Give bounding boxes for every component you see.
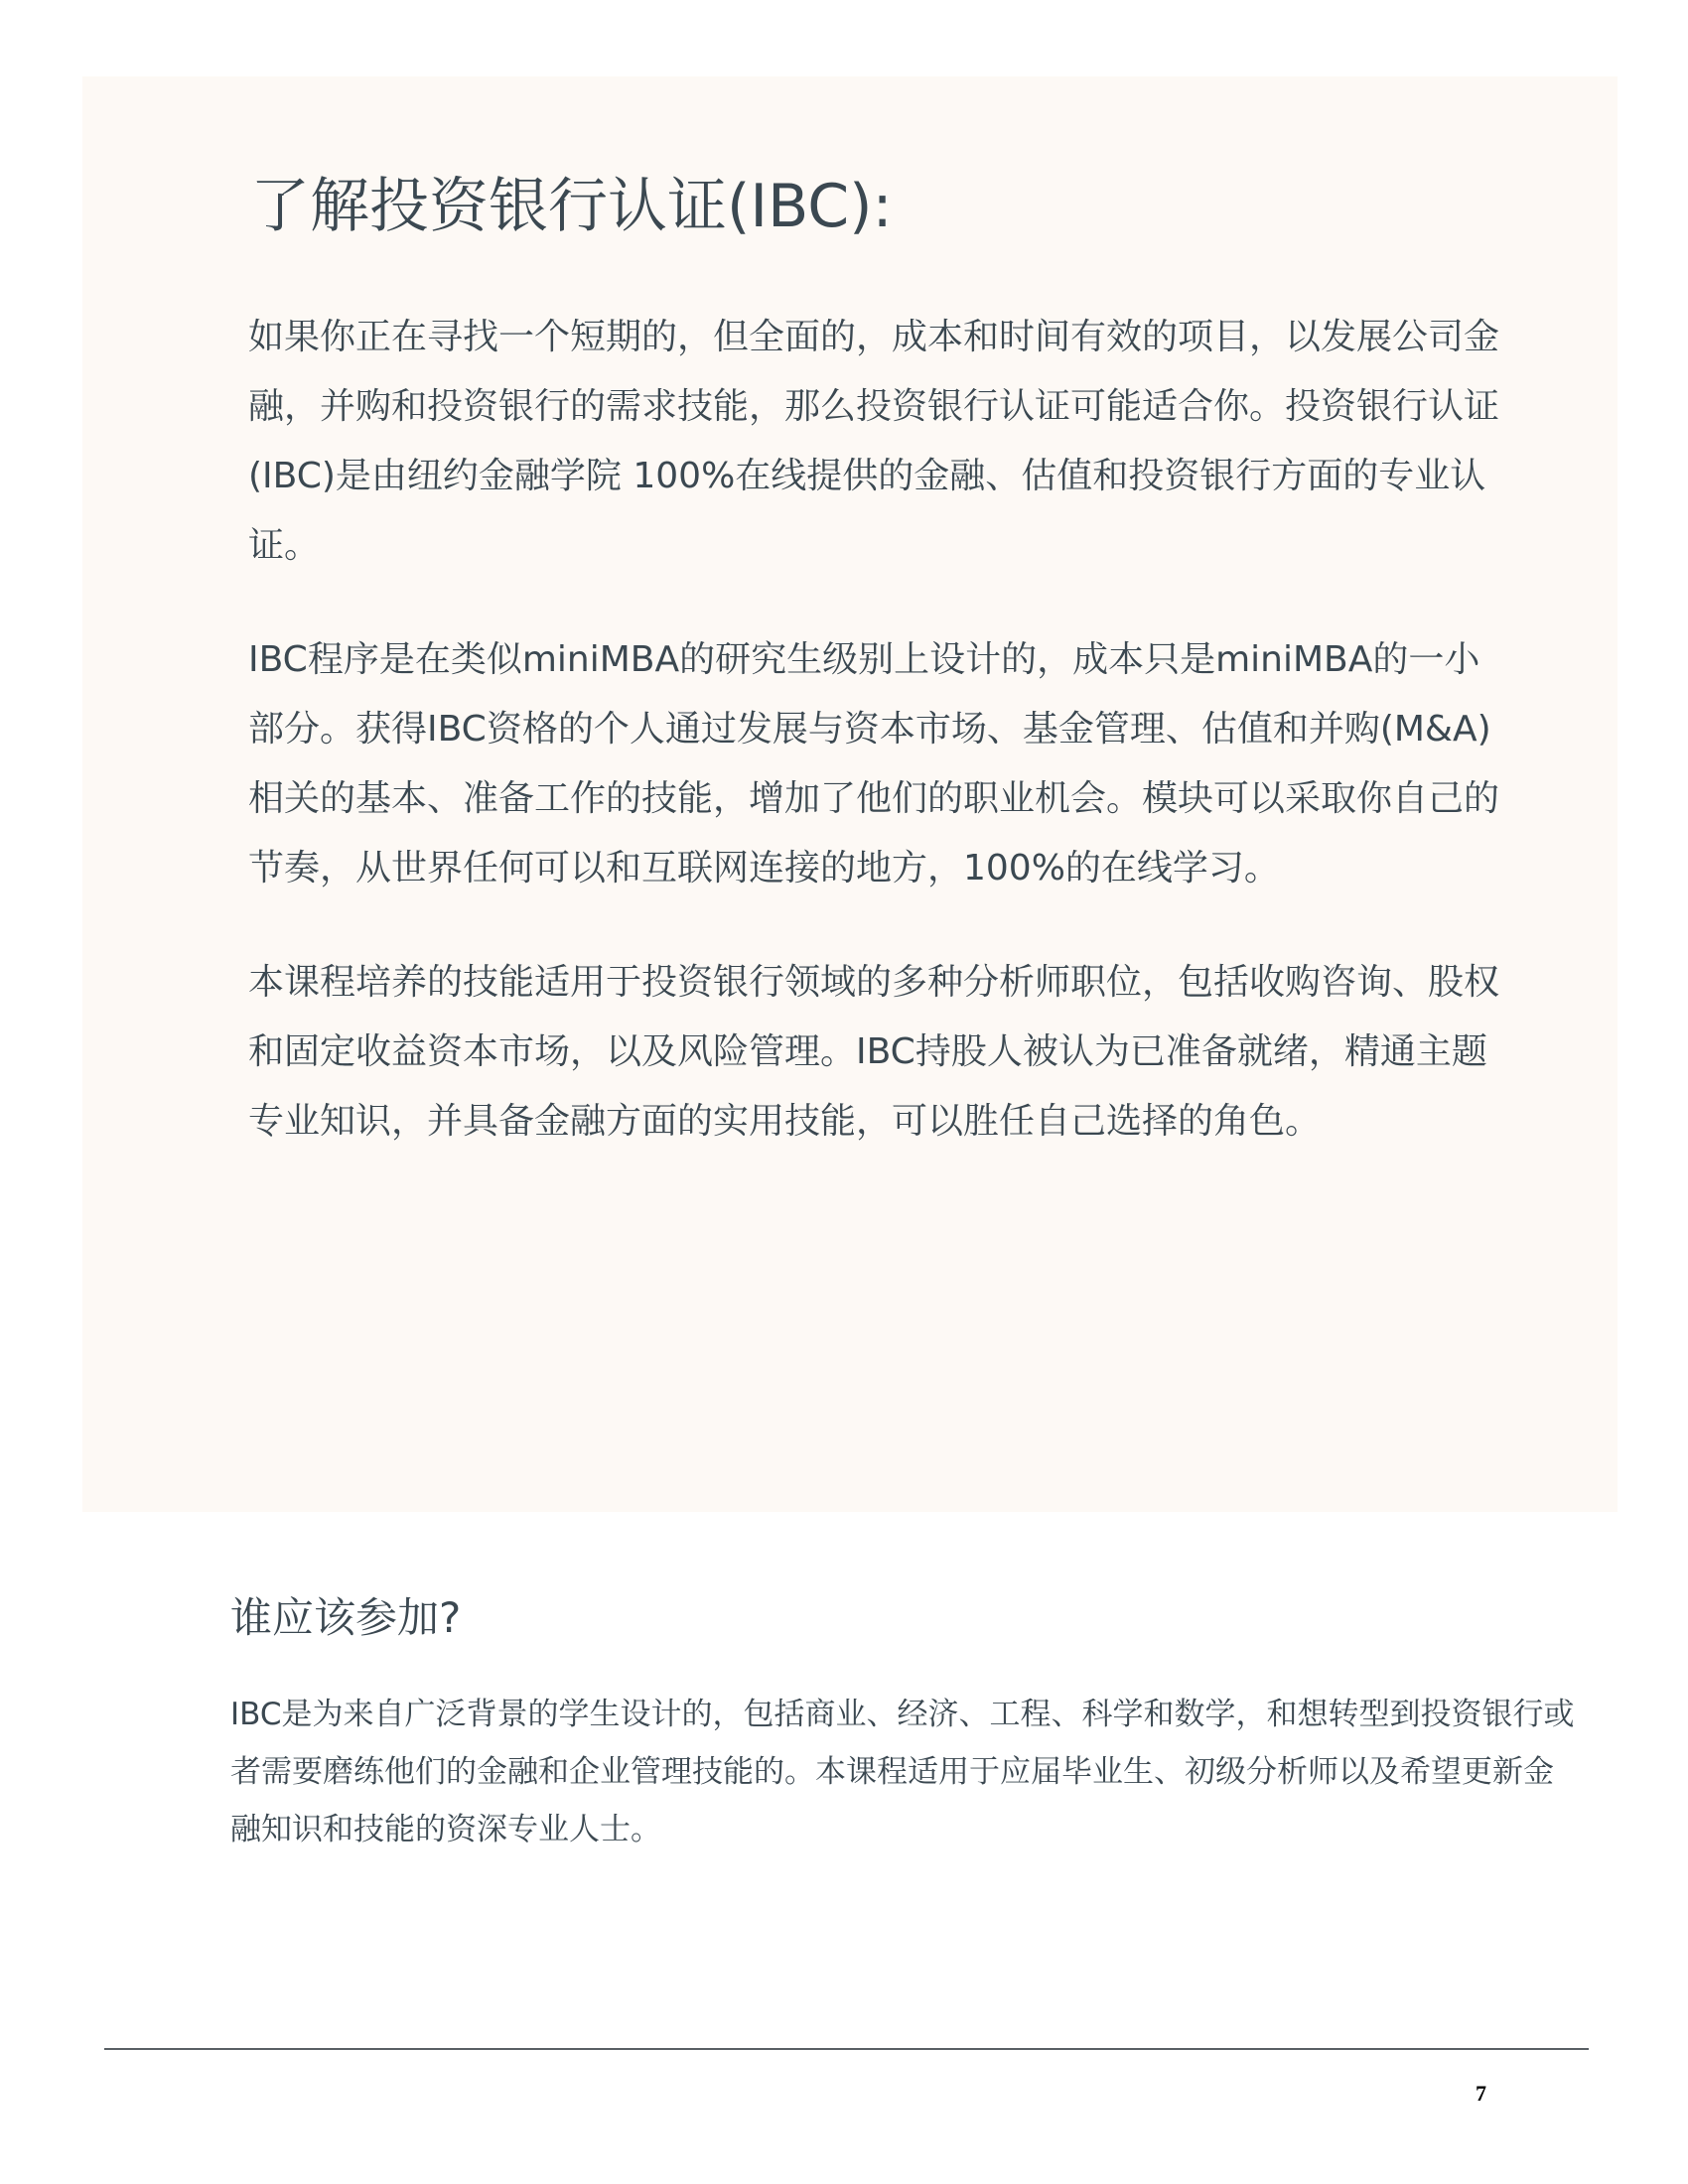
page-number: 7: [1476, 2081, 1486, 2107]
who-should-attend-body: IBC是为来自广泛背景的学生设计的，包括商业、经济、工程、科学和数学，和想转型到…: [230, 1686, 1581, 1858]
intro-paragraph-1: 如果你正在寻找一个短期的，但全面的，成本和时间有效的项目，以发展公司金融，并购和…: [248, 303, 1509, 581]
footer-divider: [104, 2048, 1589, 2050]
intro-body: 如果你正在寻找一个短期的，但全面的，成本和时间有效的项目，以发展公司金融，并购和…: [248, 303, 1509, 1201]
who-should-attend-paragraph: IBC是为来自广泛背景的学生设计的，包括商业、经济、工程、科学和数学，和想转型到…: [230, 1686, 1581, 1858]
page-title: 了解投资银行认证(IBC):: [250, 165, 893, 248]
section-title-who-should-attend: 谁应该参加?: [230, 1578, 461, 1658]
intro-paragraph-3: 本课程培养的技能适用于投资银行领域的多种分析师职位，包括收购咨询、股权和固定收益…: [248, 948, 1509, 1157]
intro-paragraph-2: IBC程序是在类似miniMBA的研究生级别上设计的，成本只是miniMBA的一…: [248, 625, 1509, 903]
